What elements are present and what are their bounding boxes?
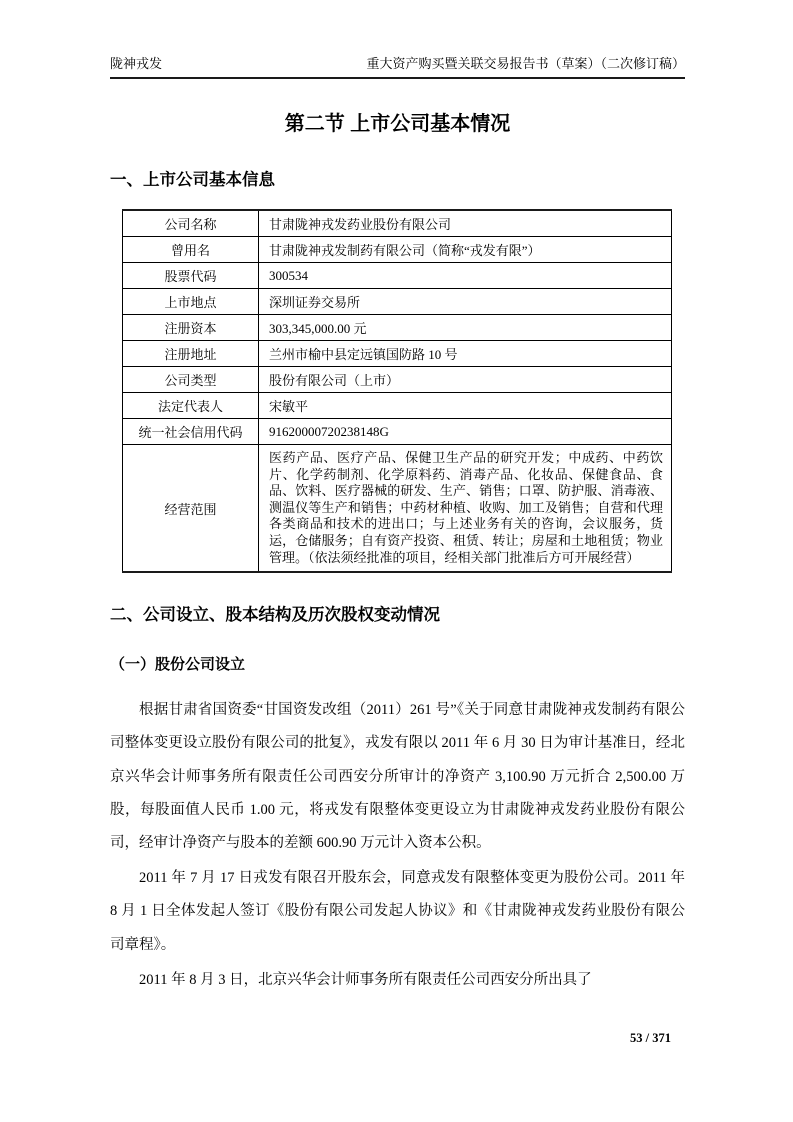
- row-value: 深圳证券交易所: [259, 289, 672, 315]
- row-label: 曾用名: [123, 237, 259, 263]
- paragraph: 2011 年 8 月 3 日，北京兴华会计师事务所有限责任公司西安分所出具了: [110, 964, 685, 997]
- table-row: 公司名称 甘肃陇神戎发药业股份有限公司: [123, 210, 672, 237]
- row-label: 统一社会信用代码: [123, 419, 259, 445]
- row-label: 公司名称: [123, 210, 259, 237]
- table-row: 法定代表人 宋敏平: [123, 393, 672, 419]
- header-right-title: 重大资产购买暨关联交易报告书（草案）（二次修订稿）: [366, 55, 685, 73]
- row-label: 注册资本: [123, 315, 259, 341]
- table-row: 公司类型 股份有限公司（上市）: [123, 367, 672, 393]
- row-value: 303,345,000.00 元: [259, 315, 672, 341]
- page-title: 第二节 上市公司基本情况: [110, 110, 685, 138]
- row-value: 股份有限公司（上市）: [259, 367, 672, 393]
- row-value: 甘肃陇神戎发制药有限公司（简称“戎发有限”）: [259, 237, 672, 263]
- table-row: 统一社会信用代码 91620000720238148G: [123, 419, 672, 445]
- section-heading-basic-info: 一、上市公司基本信息: [110, 169, 685, 192]
- company-info-table: 公司名称 甘肃陇神戎发药业股份有限公司 曾用名 甘肃陇神戎发制药有限公司（简称“…: [122, 209, 672, 573]
- table-row: 注册地址 兰州市榆中县定远镇国防路 10 号: [123, 341, 672, 367]
- document-page: 陇神戎发 重大资产购买暨关联交易报告书（草案）（二次修订稿） 第二节 上市公司基…: [0, 0, 793, 1122]
- row-label: 股票代码: [123, 263, 259, 289]
- header-left-title: 陇神戎发: [110, 55, 162, 73]
- table-row: 曾用名 甘肃陇神戎发制药有限公司（简称“戎发有限”）: [123, 237, 672, 263]
- row-value: 医药产品、医疗产品、保健卫生产品的研究开发；中成药、中药饮片、化学药制剂、化学原…: [259, 445, 672, 573]
- row-value: 兰州市榆中县定远镇国防路 10 号: [259, 341, 672, 367]
- row-label: 注册地址: [123, 341, 259, 367]
- table-row: 注册资本 303,345,000.00 元: [123, 315, 672, 341]
- running-header: 陇神戎发 重大资产购买暨关联交易报告书（草案）（二次修订稿）: [110, 55, 685, 79]
- row-label: 法定代表人: [123, 393, 259, 419]
- paragraph: 根据甘肃省国资委“甘国资发改组（2011）261 号”《关于同意甘肃陇神戎发制药…: [110, 694, 685, 860]
- row-value: 宋敏平: [259, 393, 672, 419]
- body-text: 根据甘肃省国资委“甘国资发改组（2011）261 号”《关于同意甘肃陇神戎发制药…: [110, 694, 685, 997]
- table-row: 上市地点 深圳证券交易所: [123, 289, 672, 315]
- row-label: 上市地点: [123, 289, 259, 315]
- paragraph: 2011 年 7 月 17 日戎发有限召开股东会，同意戎发有限整体变更为股份公司…: [110, 862, 685, 962]
- row-label: 经营范围: [123, 445, 259, 573]
- row-value: 甘肃陇神戎发药业股份有限公司: [259, 210, 672, 237]
- row-value: 91620000720238148G: [259, 419, 672, 445]
- page-number: 53 / 371: [630, 1031, 671, 1046]
- row-label: 公司类型: [123, 367, 259, 393]
- section-heading-establishment: 二、公司设立、股本结构及历次股权变动情况: [110, 604, 685, 627]
- row-value: 300534: [259, 263, 672, 289]
- table-row-business-scope: 经营范围 医药产品、医疗产品、保健卫生产品的研究开发；中成药、中药饮片、化学药制…: [123, 445, 672, 573]
- table-row: 股票代码 300534: [123, 263, 672, 289]
- subsection-heading-founding: （一）股份公司设立: [110, 654, 685, 675]
